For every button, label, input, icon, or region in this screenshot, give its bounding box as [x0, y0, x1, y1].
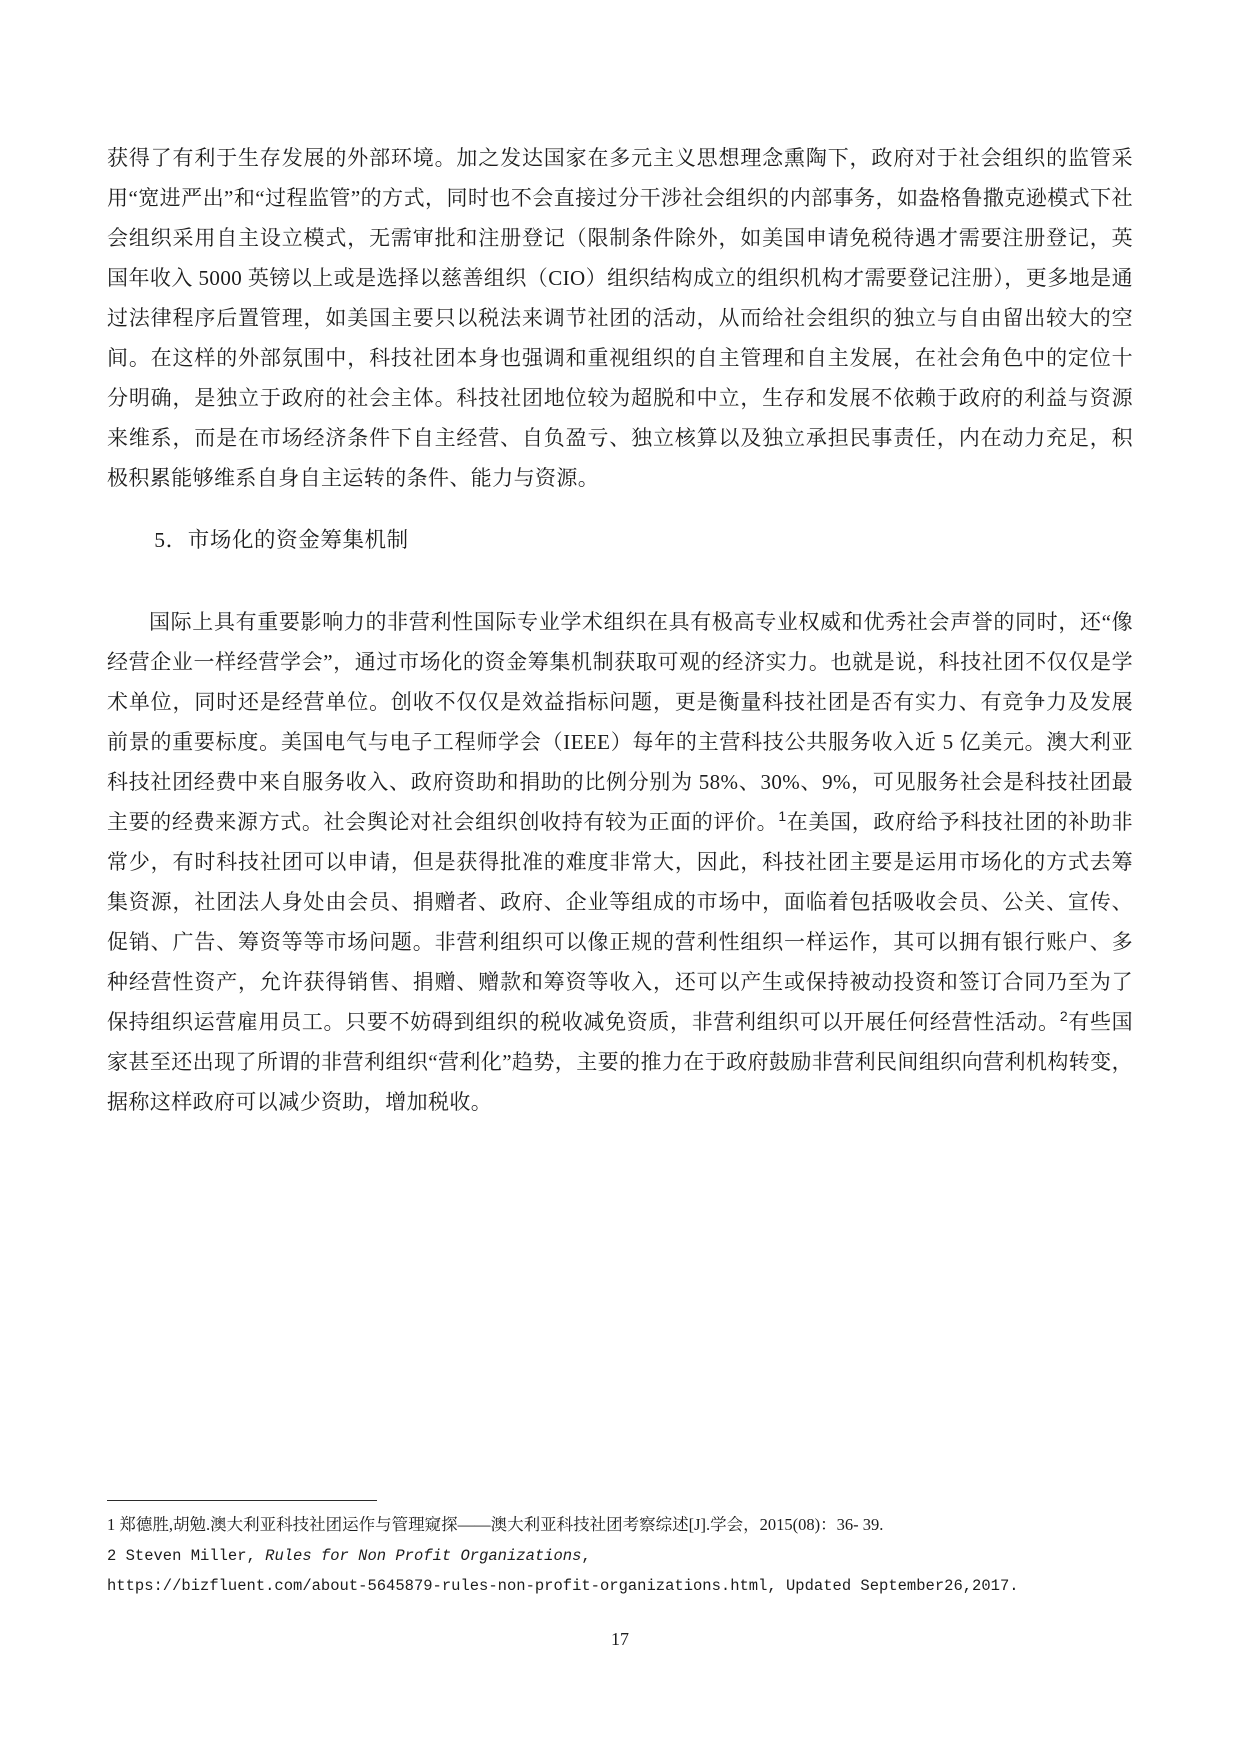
paragraph-2-text-2: 在美国，政府给予科技社团的补助非常少，有时科技社团可以申请，但是获得批准的难度非… [107, 810, 1133, 1034]
footnote-2-url: https://bizfluent.com/about-5645879-rule… [107, 1571, 1133, 1601]
paragraph-2: 国际上具有重要影响力的非营利性国际专业学术组织在具有极高专业权威和优秀社会声誉的… [107, 602, 1133, 1122]
footnote-2-authors: 2 Steven Miller, [107, 1547, 265, 1565]
footnote-2: 2 Steven Miller, Rules for Non Profit Or… [107, 1540, 1133, 1571]
footnote-section: 1 郑德胜,胡勉.澳大利亚科技社团运作与管理窥探——澳大利亚科技社团考察综述[J… [107, 1500, 1133, 1601]
paragraph-2-text-1: 国际上具有重要影响力的非营利性国际专业学术组织在具有极高专业权威和优秀社会声誉的… [107, 610, 1133, 834]
section-heading: 5．市场化的资金筹集机制 [107, 520, 1133, 560]
footnote-2-title: Rules for Non Profit Organizations [265, 1547, 581, 1565]
footnote-divider [107, 1500, 377, 1501]
page-number: 17 [0, 1627, 1240, 1651]
footnote-ref-2: 2 [1060, 1008, 1068, 1024]
paragraph-1: 获得了有利于生存发展的外部环境。加之发达国家在多元主义思想理念熏陶下，政府对于社… [107, 138, 1133, 498]
footnote-ref-1: 1 [778, 808, 786, 824]
footnote-1: 1 郑德胜,胡勉.澳大利亚科技社团运作与管理窥探——澳大利亚科技社团考察综述[J… [107, 1510, 1133, 1540]
document-page: 获得了有利于生存发展的外部环境。加之发达国家在多元主义思想理念熏陶下，政府对于社… [0, 0, 1240, 1753]
page-body: 获得了有利于生存发展的外部环境。加之发达国家在多元主义思想理念熏陶下，政府对于社… [107, 138, 1133, 1122]
footnote-2-separator: , [581, 1547, 590, 1565]
